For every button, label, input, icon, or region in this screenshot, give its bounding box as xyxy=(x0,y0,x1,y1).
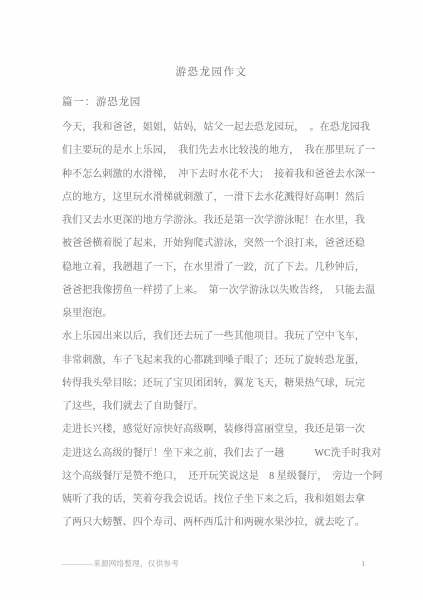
text-line: 了两只大螃蟹、四个寿司、两杯西瓜汁和两碗水果沙拉，就去吃了。 xyxy=(62,511,362,534)
text-line: 走进这么高级的餐厅！坐下来之前，我们去了一趟 WC洗手时我对 xyxy=(62,442,362,465)
text-line: 泉里泡泡。 xyxy=(62,302,362,325)
text-line: 这个高级餐厅是赞不绝口， 还开玩笑说这是 8 星级餐厅， 旁边一个阿 xyxy=(62,465,362,488)
document-page: 游恐龙园作文 篇一：游恐龙园 今天，我和爸爸，姐姐，姑妈，姑父一起去恐龙园玩， … xyxy=(0,0,423,600)
text-line: 种不怎么刺激的水滑梯， 冲下去时水花不大； 接着我和爸爸去水深一 xyxy=(62,163,362,186)
text-line: 们主要玩的是水上乐园， 我们先去水比较浅的地方， 我在那里玩了一 xyxy=(62,139,362,162)
text-line: 爸爸把我像捞鱼一样捞了上来。 第一次学游泳以失败告终， 只能去温 xyxy=(62,279,362,302)
document-title: 游恐龙园作文 xyxy=(0,66,423,80)
page-number: 1 xyxy=(361,559,365,569)
text-line: 点的地方，这里玩水滑梯就刺激了，一滑下去水花溅得好高啊！然后 xyxy=(62,186,362,209)
text-line: 了这些，我们就去了自助餐厅。 xyxy=(62,395,362,418)
text-line: 姨听了我的话，笑着夸我会说话。找位子坐下来之后，我和姐姐去拿 xyxy=(62,488,362,511)
text-line: 我们又去水更深的地方学游泳。我还是第一次学游泳呢！在水里，我 xyxy=(62,209,362,232)
section-heading: 篇一：游恐龙园 xyxy=(62,96,141,110)
text-line: 转得我头晕目眩；还玩了宝贝团团转，翼龙飞天，糖果热气球，玩完 xyxy=(62,372,362,395)
document-body: 今天，我和爸爸，姐姐，姑妈，姑父一起去恐龙园玩， 。在恐龙园我 们主要玩的是水上… xyxy=(62,116,362,535)
text-line: 非常刺激，车子飞起来我的心都跳到嗓子眼了；还玩了旋转恐龙蛋， xyxy=(62,349,362,372)
text-line: 走进长兴楼，感觉好凉快好高级啊，装修得富丽堂皇，我还是第一次 xyxy=(62,418,362,441)
text-line: 被爸爸横着脱了起来，开始狗爬式游泳，突然一个浪打来，爸爸还稳 xyxy=(62,232,362,255)
text-line: 稳地立着，我趔趄了一下，在水里滑了一跤，沉了下去。几秒钟后， xyxy=(62,256,362,279)
page-footer: ————来源网络整理，仅供参考 1 xyxy=(62,559,365,569)
text-line: 水上乐园出来以后，我们还去玩了一些其他项目。我玩了空中飞车， xyxy=(62,325,362,348)
text-line: 今天，我和爸爸，姐姐，姑妈，姑父一起去恐龙园玩， 。在恐龙园我 xyxy=(62,116,362,139)
source-note: ————来源网络整理，仅供参考 xyxy=(62,559,179,569)
